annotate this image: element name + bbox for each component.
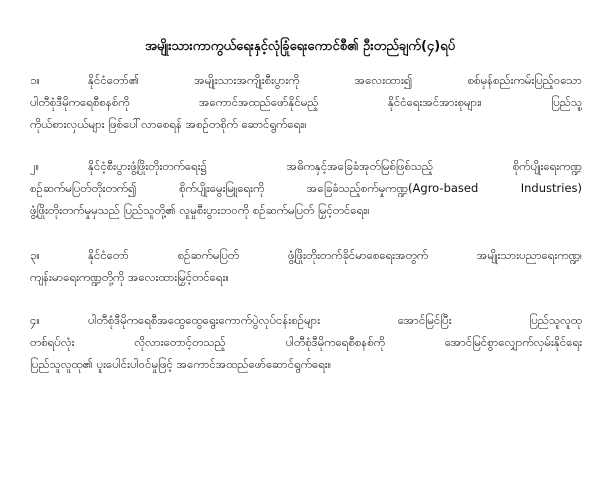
paragraph-number: ၁။ xyxy=(30,69,88,91)
paragraph-line: နိုင်ငံတော် စဉ်ဆက်မပြတ် ဖွံ့ဖြိုးတိုးတက်… xyxy=(88,244,582,266)
paragraph-line: ကျန်းမာရေးကဏ္ဍတို့ကို အလေးထားမြှင့်တင်ရေ… xyxy=(30,266,582,288)
paragraph-3: ၃။ နိုင်ငံတော် စဉ်ဆက်မပြတ် ဖွံ့ဖြိုးတိုး… xyxy=(30,244,582,288)
paragraph-4: ၄။ ပါတီစုံဒီမိုကရေစီအထွေထွေရွေးကောက်ပွဲလ… xyxy=(30,309,582,375)
paragraph-line: နိုင်ငံ့စီးပွားဖွံ့ဖြိုးတိုးတက်ရေး၌ အဓိက… xyxy=(88,155,582,177)
paragraph-number: ၃။ xyxy=(30,244,88,266)
paragraph-2: ၂။ နိုင်ငံ့စီးပွားဖွံ့ဖြိုးတိုးတက်ရေး၌ အ… xyxy=(30,155,582,221)
paragraph-line: စဉ်ဆက်မပြတ်တိုးတက်၍ စိုက်ပျိုးမွေးမြူရေး… xyxy=(30,177,582,199)
paragraph-line: ကိုယ်စားလှယ်များ ဖြစ်ပေါ်လာစေရန် အစဉ်တစိ… xyxy=(30,113,582,135)
paragraph-first-line: ၃။ နိုင်ငံတော် စဉ်ဆက်မပြတ် ဖွံ့ဖြိုးတိုး… xyxy=(30,244,582,266)
paragraph-first-line: ၂။ နိုင်ငံ့စီးပွားဖွံ့ဖြိုးတိုးတက်ရေး၌ အ… xyxy=(30,155,582,177)
paragraph-line: ပါတီစုံဒီမိုကရေစီအထွေထွေရွေးကောက်ပွဲလုပ်… xyxy=(88,309,582,331)
paragraph-1: ၁။ နိုင်ငံတော်၏ အမျိုးသားအကျိုးစီးပွားကိ… xyxy=(30,69,582,135)
paragraph-line: ဖွံ့ဖြိုးတိုးတက်မှုမှသည် ပြည်သူတို့၏ လူမ… xyxy=(30,199,582,221)
paragraph-first-line: ၄။ ပါတီစုံဒီမိုကရေစီအထွေထွေရွေးကောက်ပွဲလ… xyxy=(30,309,582,331)
document-page: အမျိုးသားကာကွယ်ရေးနှင့်လုံခြုံရေးကောင်စီ… xyxy=(0,0,600,503)
paragraph-line: တစ်ရပ်လုံး လိုလားတောင့်တသည့် ပါတီစုံဒီမိ… xyxy=(30,331,582,353)
paragraph-number: ၂။ xyxy=(30,155,88,177)
paragraph-number: ၄။ xyxy=(30,309,88,331)
document-title: အမျိုးသားကာကွယ်ရေးနှင့်လုံခြုံရေးကောင်စီ… xyxy=(0,36,600,58)
paragraph-line: ပါတီစုံဒီမိုကရေစီစနစ်ကို အကောင်အထည်ဖော်န… xyxy=(30,91,582,113)
paragraph-line: ပြည်သူလူထု၏ ပူးပေါင်းပါဝင်မှုဖြင့် အကောင… xyxy=(30,353,582,375)
paragraph-line: နိုင်ငံတော်၏ အမျိုးသားအကျိုးစီးပွားကို အ… xyxy=(88,69,582,91)
paragraph-first-line: ၁။ နိုင်ငံတော်၏ အမျိုးသားအကျိုးစီးပွားကိ… xyxy=(30,69,582,91)
